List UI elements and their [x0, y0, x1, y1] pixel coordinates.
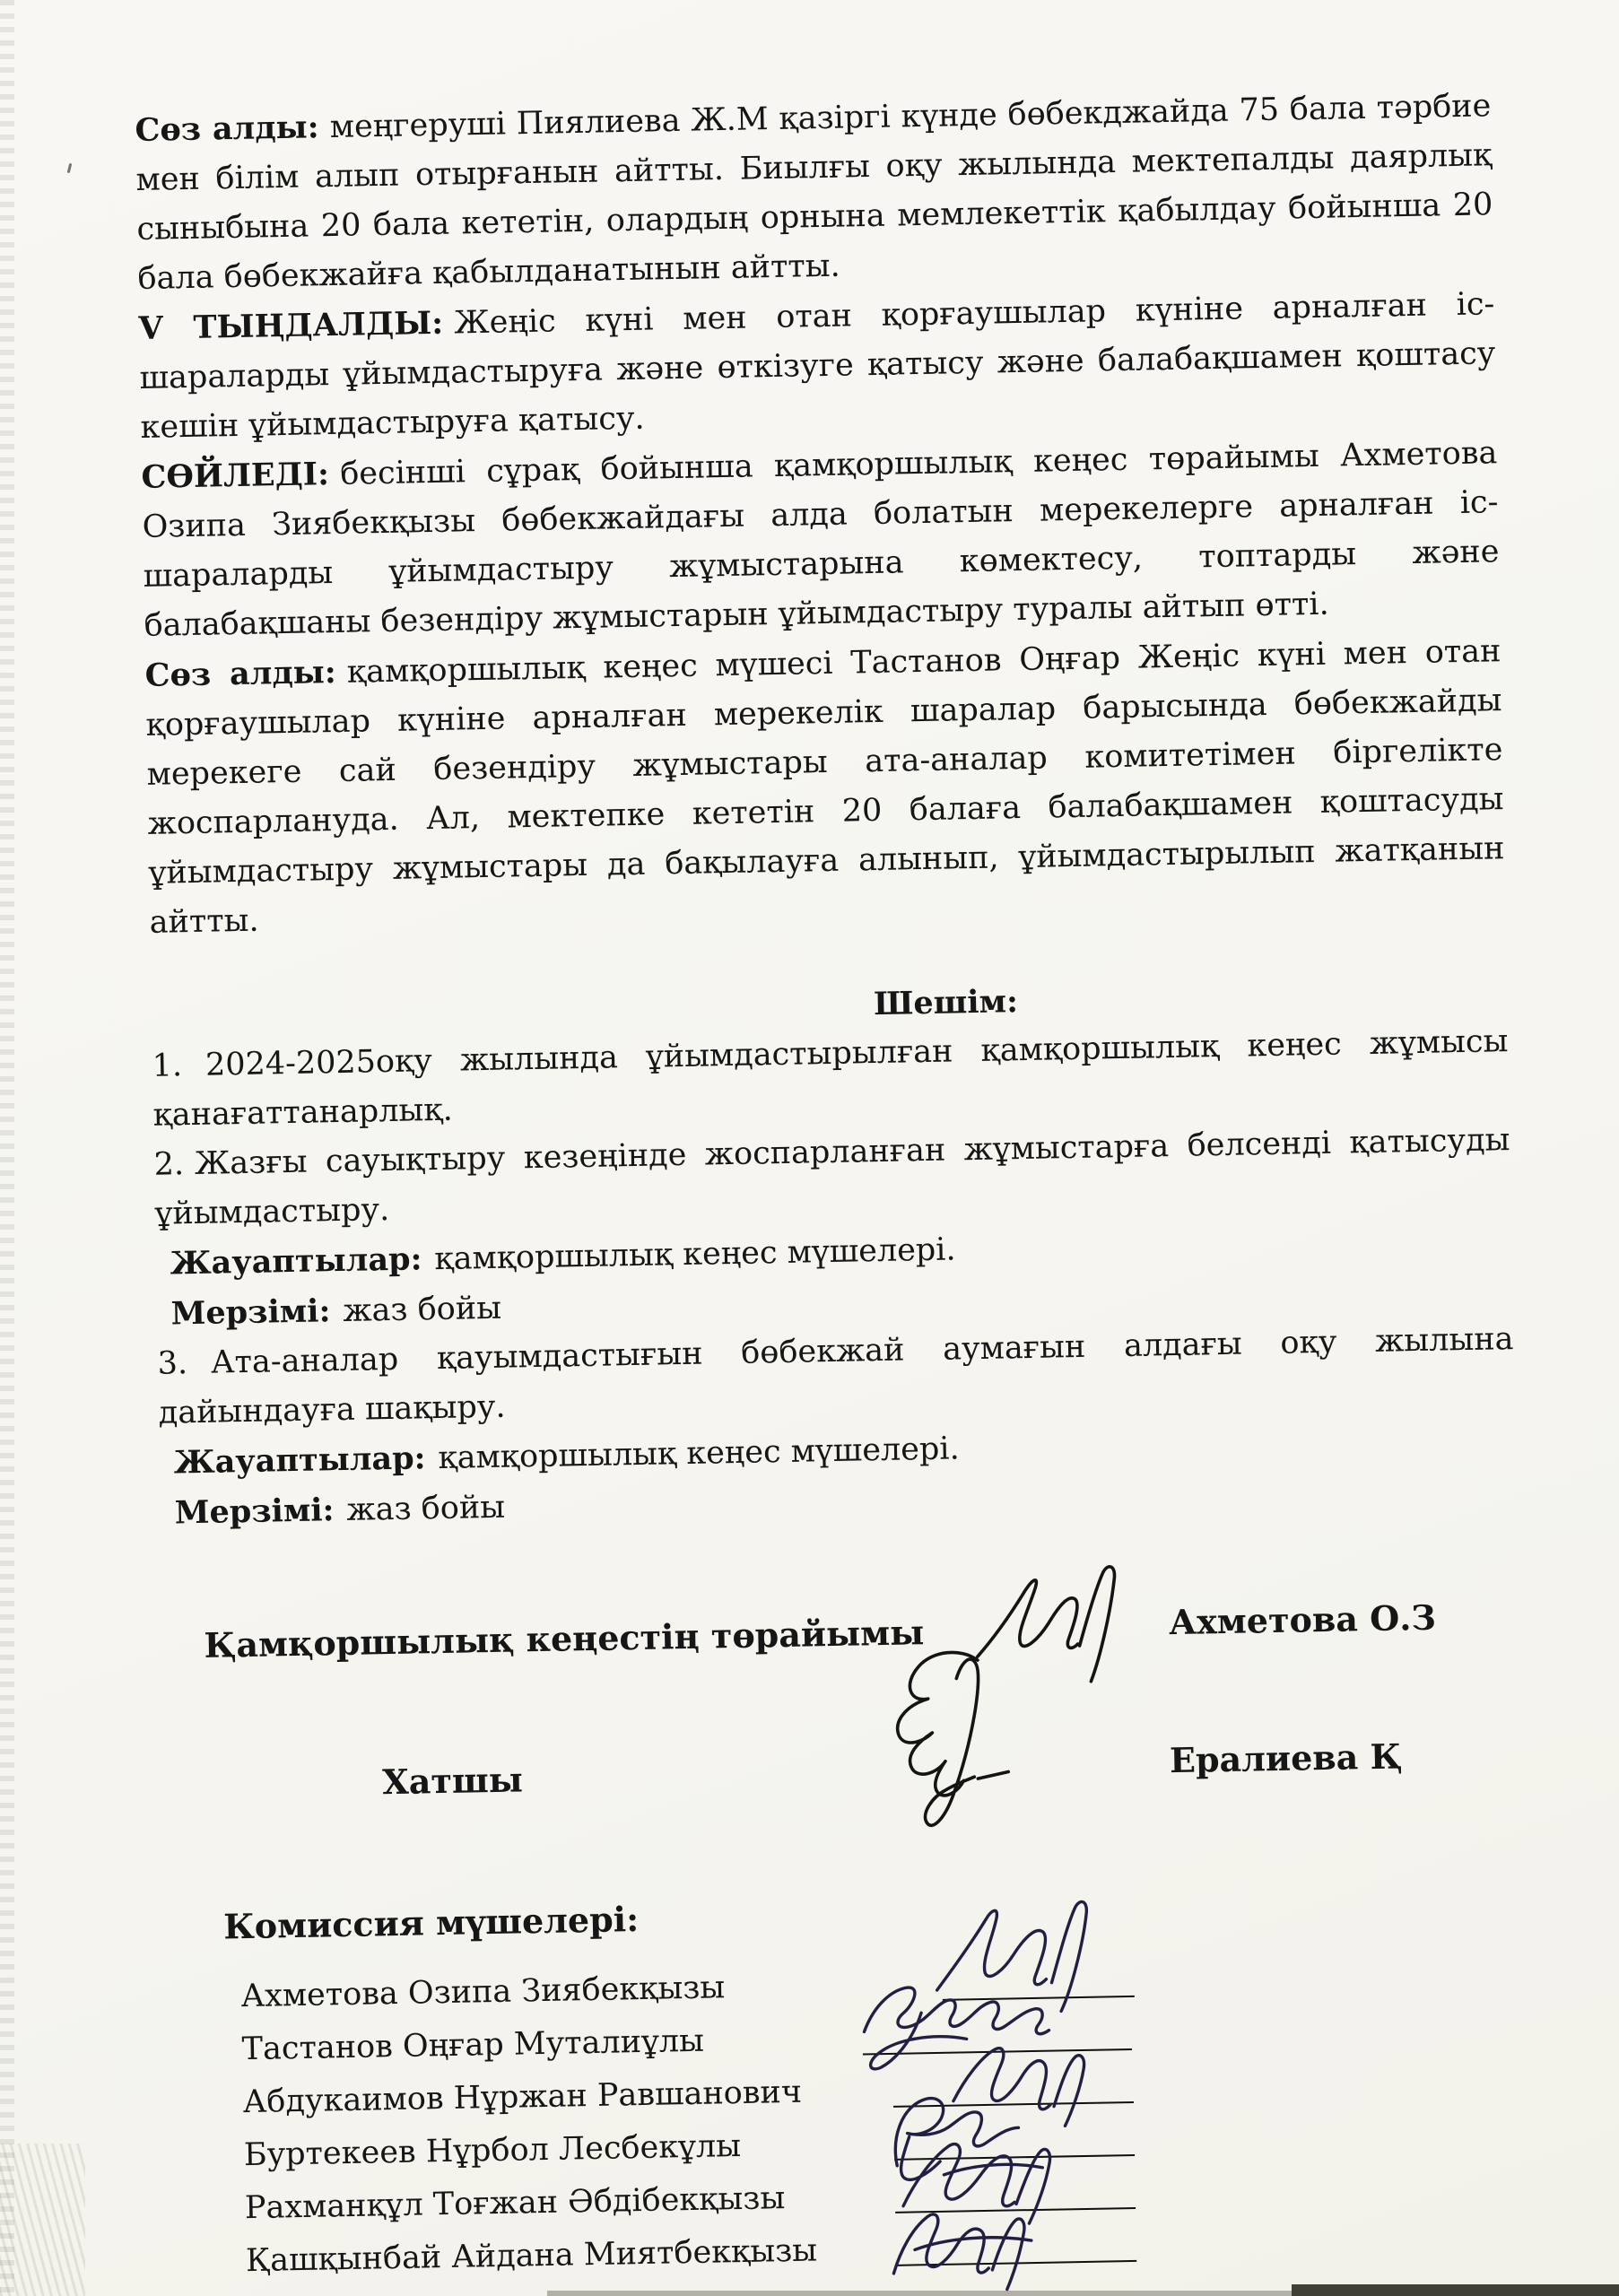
decision-item-number: 2.: [153, 1146, 184, 1183]
body-paragraph: Сөз алды:меңгеруші Пиялиева Ж.М қазіргі …: [135, 81, 1494, 304]
decision-item-text: Ата-аналар қауымдастығын бөбекжай аумағы…: [158, 1321, 1513, 1431]
chairwoman-name: Ахметова О.З: [1169, 1593, 1437, 1647]
body-paragraph: Сөз алды:қамқоршылық кеңес мүшесі Тастан…: [144, 626, 1506, 948]
scan-artifact: [67, 163, 73, 173]
secretary-signature: [843, 1645, 1053, 1839]
decision-item-number: 1.: [152, 1048, 182, 1084]
responsible-label: Жауаптылар:: [170, 1240, 422, 1282]
document-body: Сөз алды:меңгеруші Пиялиева Ж.М қазіргі …: [135, 81, 1530, 2291]
chairwoman-role-label: Қамқоршылық кеңестің төрайымы: [204, 1607, 925, 1670]
decision-item-number: 3.: [157, 1345, 187, 1382]
member-name: Қашқынбай Айдана Миятбекқызы: [246, 2226, 818, 2286]
secretary-signature-row: Хатшы Ералиева Қ: [164, 1688, 1523, 1855]
member-name: Ахметова Озипа Зиябекқызы: [240, 1963, 726, 2022]
member-name: Буртекеев Нұрбол Лесбекұлы: [243, 2122, 741, 2180]
deadline-label: Мерзімі:: [170, 1292, 330, 1332]
decision-item-text: Жазғы сауықтыру кезеңінде жоспарланған ж…: [154, 1122, 1510, 1232]
paragraph-text: қамқоршылық кеңес мүшесі Тастанов Оңғар …: [145, 633, 1505, 941]
member-name: Тастанов Оңғар Муталиұлы: [241, 2017, 704, 2074]
paragraph-label: V ТЫҢДАЛДЫ:: [138, 305, 443, 347]
scan-edge-left: [0, 0, 14, 2296]
commission-heading: Комиссия мүшелері:: [223, 1878, 1525, 1952]
scanned-document-page: Сөз алды:меңгеруші Пиялиева Ж.М қазіргі …: [0, 0, 1619, 2296]
paragraph-label: Сөз алды:: [135, 109, 319, 149]
member-signature: [882, 2194, 1045, 2296]
body-paragraph: СӨЙЛЕДІ:бесінші сұрақ бойынша қамқоршылы…: [141, 428, 1501, 651]
paragraph-text: меңгеруші Пиялиева Ж.М қазіргі күнде бөб…: [135, 88, 1493, 297]
deadline-label: Мерзімі:: [174, 1492, 334, 1531]
member-name: Абдукаимов Нұржан Равшанович: [242, 2068, 802, 2127]
member-name: Рахманқұл Тоғжан Әбдібекқызы: [244, 2174, 785, 2233]
scan-bottom-band: [1292, 2284, 1619, 2296]
deadline-text: жаз бойы: [346, 1490, 505, 1528]
paragraph-label: Сөз алды:: [144, 654, 336, 694]
responsible-text: қамқоршылық кеңес мүшелері.: [438, 1431, 960, 1476]
body-paragraph: V ТЫҢДАЛДЫ:Жеңіс күні мен отан қорғаушыл…: [138, 279, 1497, 453]
scan-corner-noise: [0, 2144, 85, 2296]
paragraph-label: СӨЙЛЕДІ:: [141, 456, 329, 496]
responsible-label: Жауаптылар:: [173, 1439, 426, 1481]
responsible-text: қамқоршылық кеңес мүшелері.: [434, 1231, 956, 1277]
deadline-text: жаз бойы: [343, 1291, 501, 1329]
paragraph-text: бесінші сұрақ бойынша қамқоршылық кеңес …: [142, 435, 1499, 644]
secretary-name: Ералиева Қ: [1169, 1731, 1403, 1785]
decision-item-text: 2024-2025оқу жылында ұйымдастырылған қам…: [152, 1023, 1508, 1134]
secretary-role-label: Хатшы: [382, 1754, 524, 1806]
